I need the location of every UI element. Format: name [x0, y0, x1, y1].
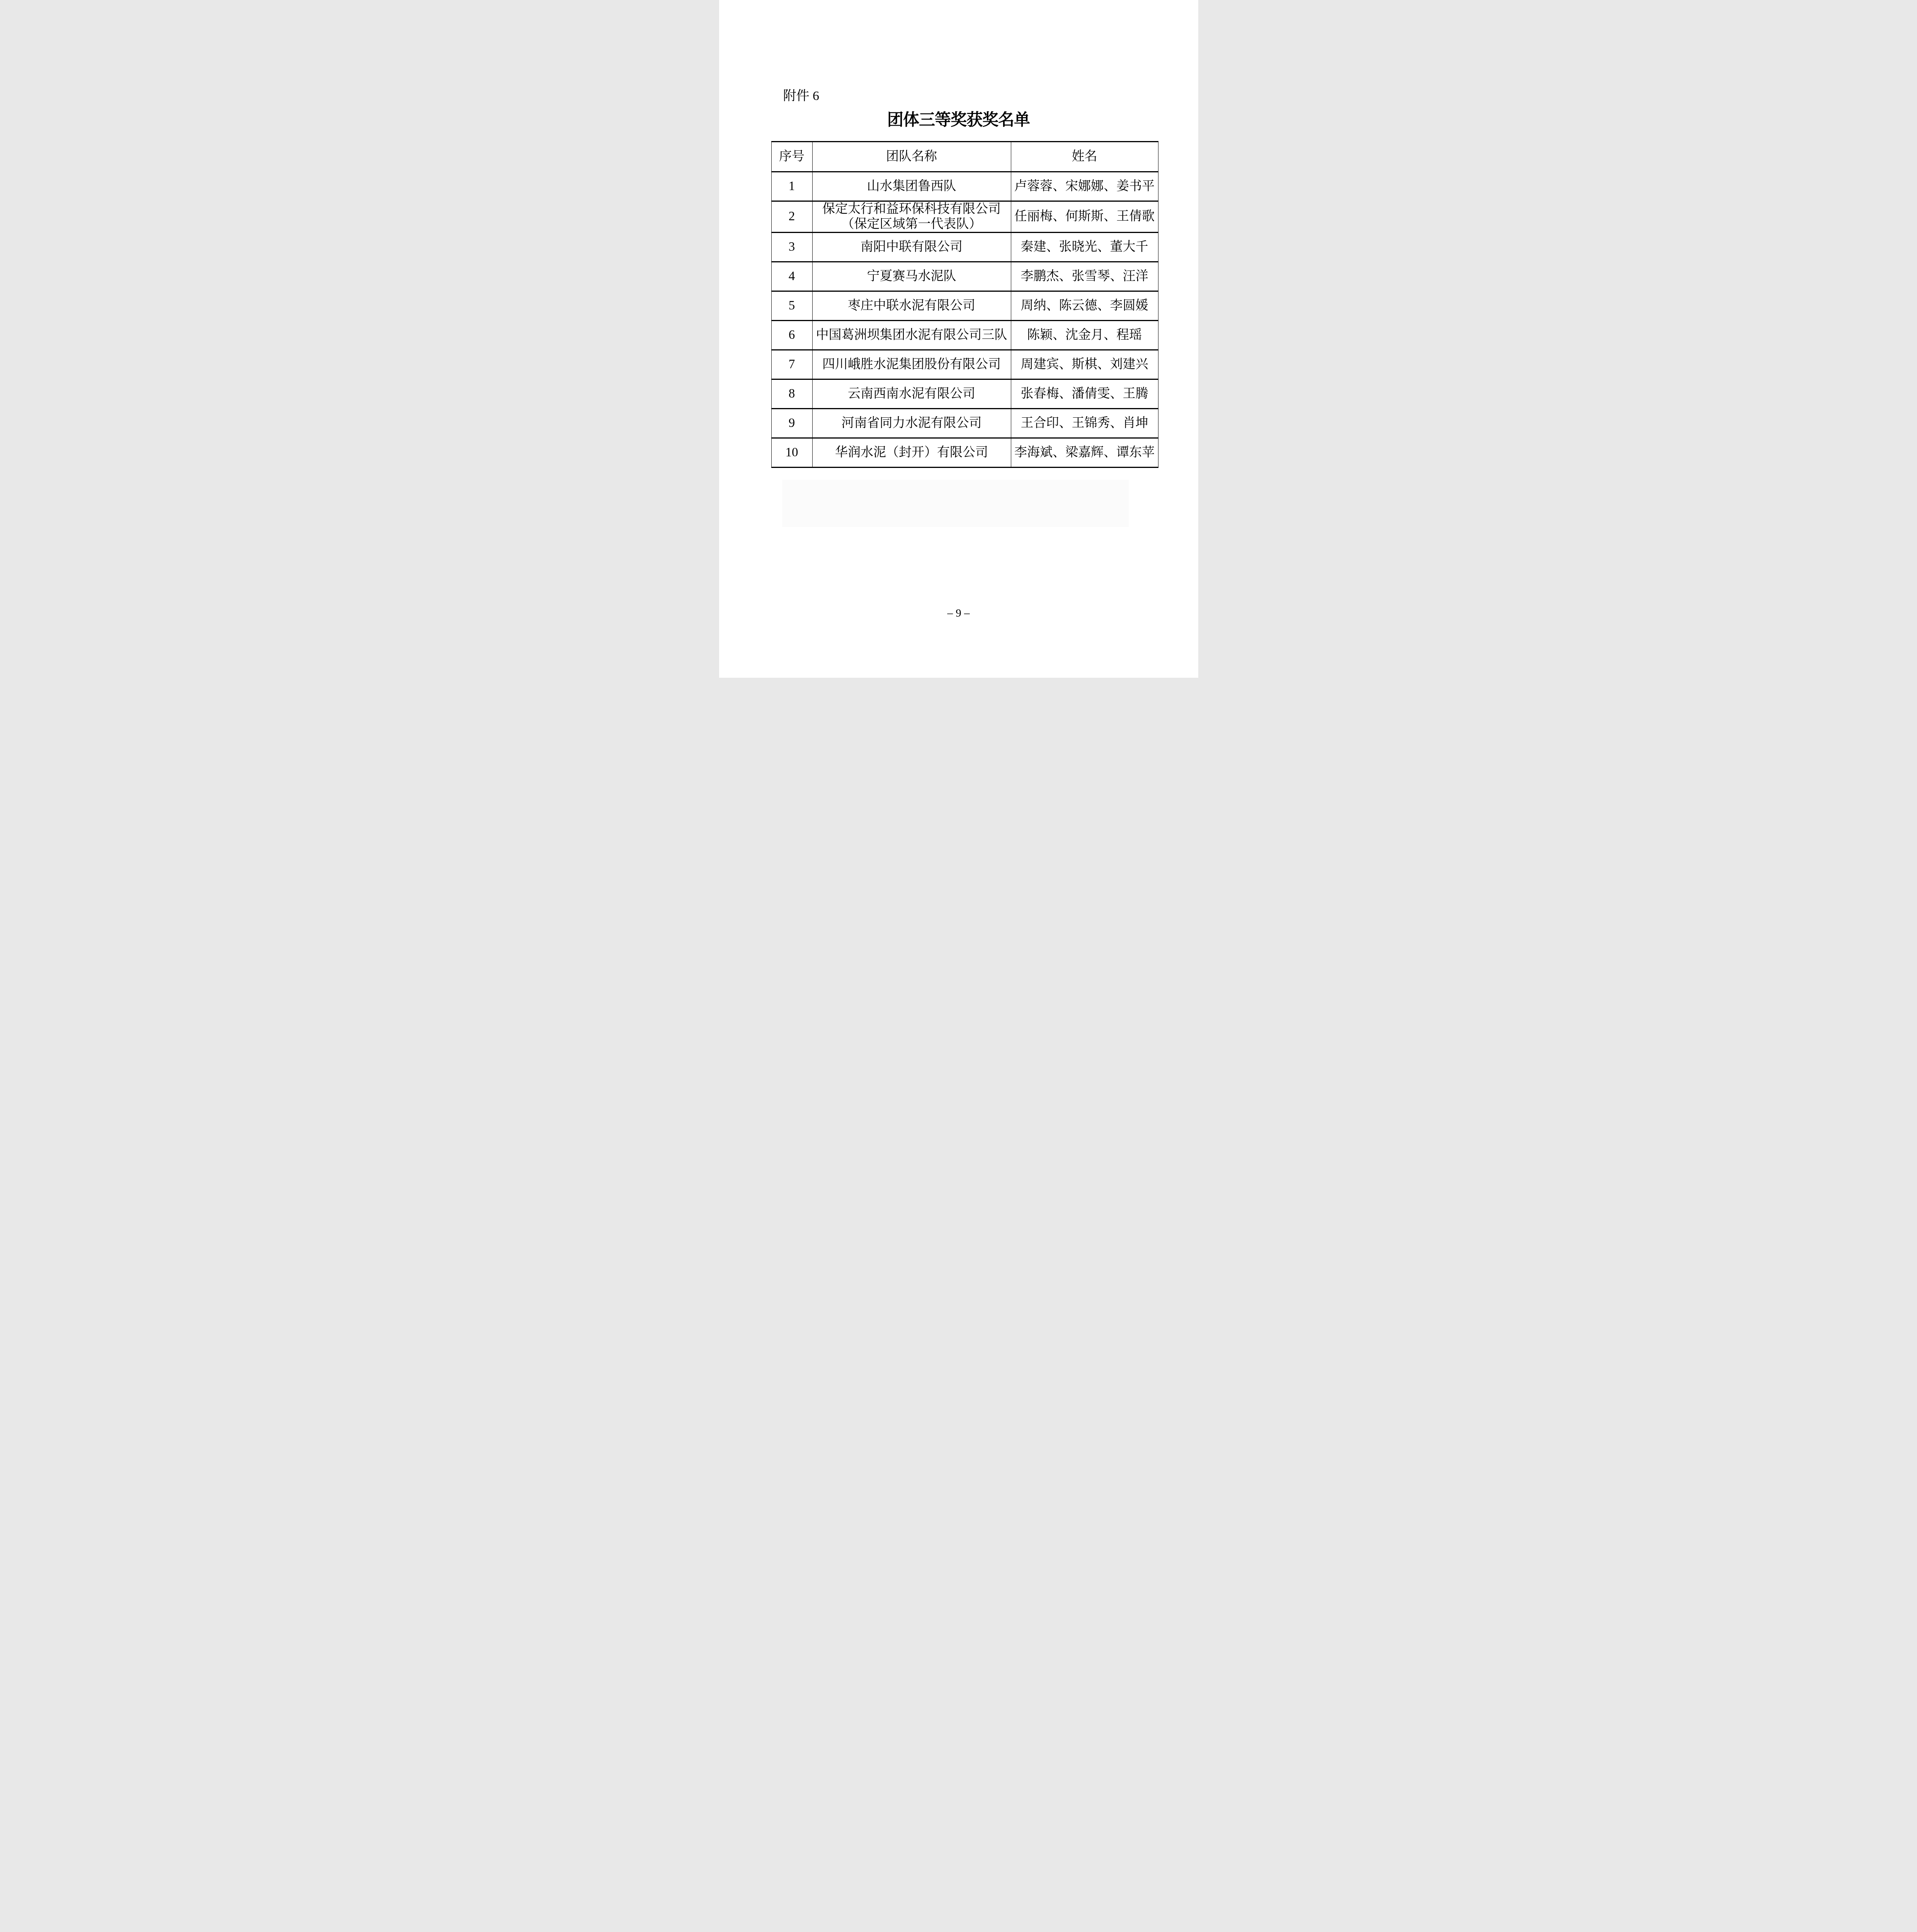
attachment-label: 附件 6	[783, 89, 820, 103]
header-cell-index: 序号	[771, 142, 812, 172]
cell-team-name: 四川峨胜水泥集团股份有限公司	[812, 350, 1011, 379]
cell-index: 3	[771, 232, 812, 262]
cell-index: 8	[771, 379, 812, 408]
cell-team-name: 华润水泥（封开）有限公司	[812, 438, 1011, 467]
cell-member-names: 李鹏杰、张雪琴、汪洋	[1011, 262, 1158, 291]
cell-member-names: 张春梅、潘倩雯、王腾	[1011, 379, 1158, 408]
cell-member-names: 周建宾、斯棋、刘建兴	[1011, 350, 1158, 379]
team-name-line: （保定区域第一代表队）	[814, 217, 1009, 232]
cell-index: 10	[771, 438, 812, 467]
document-page: 附件 6 团体三等奖获奖名单 序号 团队名称 姓名 1 山水集团鲁西队 卢蓉蓉、…	[719, 0, 1198, 678]
team-name-line: 宁夏赛马水泥队	[814, 269, 1009, 284]
cell-member-names: 卢蓉蓉、宋娜娜、姜书平	[1011, 172, 1158, 201]
cell-team-name: 南阳中联有限公司	[812, 232, 1011, 262]
cell-team-name: 云南西南水泥有限公司	[812, 379, 1011, 408]
table-row: 4 宁夏赛马水泥队 李鹏杰、张雪琴、汪洋	[771, 262, 1158, 291]
table-row: 5 枣庄中联水泥有限公司 周纳、陈云德、李圆媛	[771, 291, 1158, 320]
table-row: 1 山水集团鲁西队 卢蓉蓉、宋娜娜、姜书平	[771, 172, 1158, 201]
header-cell-team: 团队名称	[812, 142, 1011, 172]
team-name-line: 河南省同力水泥有限公司	[814, 416, 1009, 431]
team-name-line: 南阳中联有限公司	[814, 240, 1009, 255]
cell-index: 9	[771, 408, 812, 438]
cell-team-name: 保定太行和益环保科技有限公司（保定区域第一代表队）	[812, 201, 1011, 233]
table-row: 10 华润水泥（封开）有限公司 李海斌、梁嘉辉、谭东苹	[771, 438, 1158, 467]
table-row: 8 云南西南水泥有限公司 张春梅、潘倩雯、王腾	[771, 379, 1158, 408]
cell-team-name: 山水集团鲁西队	[812, 172, 1011, 201]
team-name-line: 华润水泥（封开）有限公司	[814, 445, 1009, 460]
cell-team-name: 枣庄中联水泥有限公司	[812, 291, 1011, 320]
cell-member-names: 陈颖、沈金月、程瑶	[1011, 320, 1158, 350]
cell-index: 5	[771, 291, 812, 320]
cell-index: 1	[771, 172, 812, 201]
team-name-line: 山水集团鲁西队	[814, 179, 1009, 194]
table-row: 3 南阳中联有限公司 秦建、张晓光、董大千	[771, 232, 1158, 262]
team-name-line: 云南西南水泥有限公司	[814, 386, 1009, 401]
table-row: 7 四川峨胜水泥集团股份有限公司 周建宾、斯棋、刘建兴	[771, 350, 1158, 379]
cell-index: 6	[771, 320, 812, 350]
cell-index: 2	[771, 201, 812, 233]
header-cell-names: 姓名	[1011, 142, 1158, 172]
cell-member-names: 任丽梅、何斯斯、王倩歌	[1011, 201, 1158, 233]
table-row: 9 河南省同力水泥有限公司 王合印、王锦秀、肖坤	[771, 408, 1158, 438]
table-row: 6 中国葛洲坝集团水泥有限公司三队 陈颖、沈金月、程瑶	[771, 320, 1158, 350]
cell-member-names: 周纳、陈云德、李圆媛	[1011, 291, 1158, 320]
awards-table-body: 1 山水集团鲁西队 卢蓉蓉、宋娜娜、姜书平 2 保定太行和益环保科技有限公司（保…	[771, 172, 1158, 468]
cell-index: 7	[771, 350, 812, 379]
scan-artifact-gray-block	[782, 480, 1129, 527]
team-name-line: 保定太行和益环保科技有限公司	[814, 202, 1009, 217]
team-name-line: 四川峨胜水泥集团股份有限公司	[814, 357, 1009, 372]
page-number: – 9 –	[719, 607, 1198, 620]
cell-member-names: 秦建、张晓光、董大千	[1011, 232, 1158, 262]
cell-index: 4	[771, 262, 812, 291]
team-name-line: 中国葛洲坝集团水泥有限公司三队	[814, 328, 1009, 343]
page-title: 团体三等奖获奖名单	[719, 111, 1198, 129]
awards-table: 序号 团队名称 姓名 1 山水集团鲁西队 卢蓉蓉、宋娜娜、姜书平 2 保定太行和…	[771, 141, 1158, 468]
cell-team-name: 河南省同力水泥有限公司	[812, 408, 1011, 438]
cell-member-names: 李海斌、梁嘉辉、谭东苹	[1011, 438, 1158, 467]
cell-team-name: 宁夏赛马水泥队	[812, 262, 1011, 291]
cell-member-names: 王合印、王锦秀、肖坤	[1011, 408, 1158, 438]
team-name-line: 枣庄中联水泥有限公司	[814, 298, 1009, 313]
table-row: 2 保定太行和益环保科技有限公司（保定区域第一代表队） 任丽梅、何斯斯、王倩歌	[771, 201, 1158, 233]
cell-team-name: 中国葛洲坝集团水泥有限公司三队	[812, 320, 1011, 350]
table-header-row: 序号 团队名称 姓名	[771, 142, 1158, 172]
